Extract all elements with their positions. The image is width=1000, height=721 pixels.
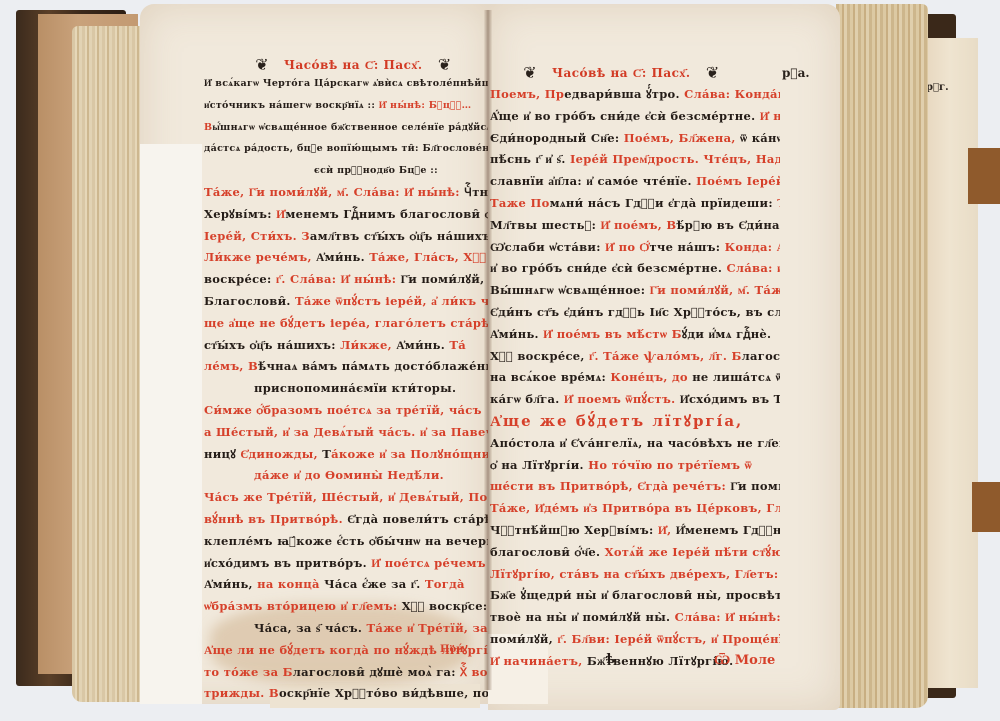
rubric-text: Сла́ва: и҆ ны́нѣ: Бо:: [726, 261, 780, 275]
body-text: Чⷭ҇тнѣ́йшꙋю Херꙋві́мъ:: [490, 523, 658, 537]
body-text: лагословлю̀ Гдⷭ҇а: [742, 349, 780, 363]
body-text: амл҃твъ ст҃ы́хъ ѻ҆ц҃ъ на́шихъ: [310, 229, 488, 243]
rubric-text: И҆ пое́мъ,: [601, 218, 667, 232]
floral-ornament-icon: ❦: [701, 64, 725, 82]
body-text: поми́лꙋй,: [490, 632, 557, 646]
body-text: менемъ Гдⷭ҇нимъ благослови̑ ѻ҆́ч…: [285, 207, 488, 221]
text-line: Єди́нородный Сн҃е: Пое́мъ, Бл҃жена, ѿ ка…: [490, 128, 780, 150]
rubric-text: Та́же, Гла́съ,: [369, 250, 463, 264]
text-line: єсѝ прⷭ҇нодв҃о Бцⷣе ::: [204, 160, 488, 182]
text-line: Та́же, Г҃и поми́лꙋй, м҃. Сла́ва: И҆ ны́н…: [204, 182, 488, 204]
body-text: Г҃и поми́лꙋй,: [730, 479, 780, 493]
body-text: ы҆́шнѧгѡ ѡ҆свѧще́нное бж҃ственное селе́н…: [212, 122, 488, 133]
floral-ornament-icon: ❦: [433, 56, 457, 74]
body-text: ст҃ы́хъ ѻ҆ц҃ъ на́шихъ:: [204, 338, 340, 352]
rubric-text: г҃. Сла́ва: И҆ ны́нѣ:: [276, 272, 401, 286]
rubric-text: И҆ поемъ ѿпꙋ́стъ.: [564, 392, 680, 406]
body-text: И҆схо́димъ въ Тра́пезꙋ.: [680, 392, 780, 406]
rubric-text: Б: [731, 349, 741, 363]
rubric-text: Є҆гда̀ рече́тъ:: [637, 479, 730, 493]
rubric-text: Та́же: [755, 283, 781, 297]
rubric-text: Пр: [545, 87, 565, 101]
rubric-text: В: [269, 686, 279, 700]
rubric-text: трижды.: [204, 686, 269, 700]
catchword: Ѿ Моле: [714, 652, 775, 668]
rubric-text: А҆ще же бꙋ́детъ лїтꙋргі́а,: [490, 412, 743, 430]
text-line: ле́мъ, Вѣ́чнаѧ ва́мъ па́мѧть досто́блаже…: [204, 356, 488, 378]
body-text: ѣ́рꙋю въ Є҆ди́наго Бг҃а.: [676, 218, 780, 232]
body-text: И҆ всѧ́кагѡ Черто́га Ца́рскагѡ ѧ҆вѝсѧ св…: [204, 78, 488, 89]
rubric-text: ста́въ на ст҃ы́хъ две́рехъ, Гл҃етъ:: [559, 567, 778, 581]
body-text: едвари́вша ꙋ҆́тро.: [564, 87, 684, 101]
body-text: Є҆гда̀ повели́тъ ста́рѣй,: [347, 512, 488, 526]
text-line: Іере́й, Сти́хъ. Замл҃твъ ст҃ы́хъ ѻ҆ц҃ъ н…: [204, 226, 488, 248]
rubric-text: И҆ ны́нѣ:: [760, 109, 780, 123]
rubric-text: Лїтꙋргі́ю,: [490, 567, 559, 581]
section-heading: А҆ще же бꙋ́детъ лїтꙋргі́а,: [490, 411, 780, 433]
rubric-text: а Ше́стый, и҆ за Девѧ́тый ча́съ. и҆ за П…: [204, 425, 488, 439]
body-text: И҆́менемъ Гдⷭ҇нимъ: [676, 523, 780, 537]
body-text: и҆сто́чникъ на́шегѡ воскр҃нїѧ ::: [204, 100, 379, 111]
rubric-text: Іере́й Прем҃дрость.: [570, 152, 703, 166]
body-text: на всѧ́кое вре́мѧ:: [490, 370, 610, 384]
text-line: приснопомина́ємїи кти́торы.: [204, 378, 488, 400]
text-line: Лїтꙋргі́ю, ста́въ на ст҃ы́хъ две́рехъ, Г…: [490, 564, 780, 586]
rubric-text: Ча́съ же Тре́тїй, Ше́стый, и҆ Девѧ́тый, …: [204, 490, 488, 504]
body-text: ка́гѡ бл҃га.: [490, 392, 564, 406]
floral-ornament-icon: ❦: [250, 56, 274, 74]
rubric-text: ѡ҆бра́змъ вто́рицею и҆ гл҃емъ:: [204, 599, 402, 613]
rubric-text: Іере́й ѿпꙋ́стъ, и҆ Проще́нїе.: [614, 632, 780, 646]
rubric-text: г҃. Бл҃ви:: [557, 632, 614, 646]
body-text: Апо́стола и҆ Є҆ѵа́нгелїѧ, на часо́вѣхъ н…: [490, 436, 780, 450]
body-text: А҆ми́нь.: [316, 250, 369, 264]
left-page: ❦ Часо́вѣ на С҃: Пасх҃. ❦ И҆ всѧ́кагѡ Че…: [140, 4, 488, 704]
text-line: воскре́се: г҃. Сла́ва: И҆ ны́нѣ: Г҃и пом…: [204, 269, 488, 291]
text-line: клепле́мъ ꙗ҆́коже є҆́сть ѻ҆бы́чнѡ на веч…: [204, 531, 488, 553]
body-text: и҆ во гро́бъ сни́де є҆сѝ безсме́ртне.: [490, 261, 726, 275]
text-line: поми́лꙋй, г҃. Бл҃ви: Іере́й ѿпꙋ́стъ, и҆ …: [490, 629, 780, 651]
text-line: Херꙋві́мъ: И҆менемъ Гдⷭ҇нимъ благослови̑…: [204, 204, 488, 226]
rubric-text: м҃.: [738, 283, 755, 297]
body-text: благослови̑ ѻ҆́ч҃е.: [490, 545, 605, 559]
signature-mark: ѣ: [606, 652, 615, 667]
text-line: то то́же за Благослови̑ дꙋшѐ моѧ̀ га: Хⷭ…: [204, 662, 488, 684]
body-text: А҆ми́нь,: [204, 577, 257, 591]
body-text: да́стсѧ ра́дость, бцⷣе вопїю́щымъ ти̑: Б…: [204, 143, 488, 154]
rubric-text: Конда: А҆́ще: [725, 240, 780, 254]
rubric-text: а́коже и҆ за Полꙋно́щницꙋ,: [331, 447, 488, 461]
rubric-text: В: [666, 218, 676, 232]
folio-number: рⷤа.: [782, 66, 810, 80]
text-line: Є҆ди́нъ ст҃ъ є҆ди́нъ гдⷭ҇ь Іи҃с Хрⷭ҇то́с…: [490, 302, 780, 324]
body-text: клепле́мъ ꙗ҆́коже є҆́сть ѻ҆бы́чнѡ на веч…: [204, 534, 488, 548]
body-text: Є҆ди́нъ ст҃ъ є҆ди́нъ гдⷭ҇ь Іи҃с Хрⷭ҇то́с…: [490, 305, 780, 319]
rubric-text: Б: [672, 327, 682, 341]
rubric-text: Хⷭ҇: [463, 250, 486, 264]
rubric-text: Си́мже ѻ҆́бразомъ пое́тсѧ за тре́тїй, ча…: [204, 403, 482, 417]
body-text: Хⷭ҇ воскре́се,: [490, 349, 589, 363]
rubric-text: ще а҆ще не бꙋ́детъ іере́а, глаго́летъ ст…: [204, 316, 488, 330]
text-line: А҆́ще и҆ во гро́бъ сни́де є҆сѝ безсме́рт…: [490, 106, 780, 128]
text-line: Вы҆́шнѧгѡ ѡ҆свѧще́нное бж҃ственное селе́…: [204, 117, 488, 139]
rubric-text: ле́мъ,: [204, 359, 248, 373]
text-line: ѻ҆ на Лїтꙋргі́и. Но то́чїю по тре́тїемъ …: [490, 455, 780, 477]
text-line: ше́сти въ Притво́рѣ, Є҆гда̀ рече́тъ: Г҃и…: [490, 476, 780, 498]
clasp-strap-top: [968, 148, 1000, 204]
body-text: га:: [436, 665, 460, 679]
rubric-text: то то́же за: [204, 665, 283, 679]
text-line: Мл҃твы шестьⷡ: И҆ пое́мъ, Вѣ́рꙋю въ Є҆ди…: [490, 215, 780, 237]
rubric-text: Ли́кже,: [340, 338, 396, 352]
body-text: Ѡ҆слаби ѡ҆ста́ви:: [490, 240, 605, 254]
body-text: ницꙋ: [204, 447, 240, 461]
text-line: ст҃ы́хъ ѻ҆ц҃ъ на́шихъ: Ли́кже, А҆ми́нь. …: [204, 335, 488, 357]
text-line: твоѐ на ны̀ и҆ поми́лꙋй ны̀. Сла́ва: И҆ …: [490, 607, 780, 629]
text-line: да́же и҆ до Ѳомины̀ Недѣ́ли.: [204, 465, 488, 487]
rubric-text: да́же и҆ до Ѳомины̀ Недѣ́ли.: [254, 468, 444, 482]
running-header: ❦ Часо́вѣ на С҃: Пасх҃. ❦: [250, 56, 457, 74]
edge-annotation: рⷤг.: [926, 82, 949, 93]
text-line: И҆ всѧ́кагѡ Черто́га Ца́рскагѡ ѧ҆вѝсѧ св…: [204, 73, 488, 95]
rubric-text: Сла́ва: И҆ ны́нѣ:: [354, 185, 465, 199]
right-page: ❦ Часо́вѣ на С҃: Пасх҃. ❦ рⷤа. Поемъ, Пр…: [488, 4, 840, 710]
body-text: ѻ҆ на Лїтꙋргі́и.: [490, 458, 588, 472]
text-line: ще а҆ще не бꙋ́детъ іере́а, глаго́летъ ст…: [204, 313, 488, 335]
rubric-text: Тогда̀: [425, 577, 465, 591]
rubric-text: И҆ пое́мъ въ мѣ́стѡ: [543, 327, 671, 341]
header-title: Часо́вѣ на С҃: Пасх҃.: [284, 58, 423, 73]
text-line: Ли́кже рече́мъ, А҆ми́нь. Та́же, Гла́съ, …: [204, 247, 488, 269]
rubric-text: Ли́кже рече́мъ,: [204, 250, 316, 264]
text-line: а Ше́стый, и҆ за Девѧ́тый ча́съ. и҆ за П…: [204, 422, 488, 444]
text-line: трижды. Воскр҃нїе Хрⷭ҇то́во ви́дѣвше, по…: [204, 683, 488, 705]
text-line: Ѡ҆слаби ѡ҆ста́ви: И҆ по Ѻ҆́тче на́шъ: Ко…: [490, 237, 780, 259]
left-page-text: И҆ всѧ́кагѡ Черто́га Ца́рскагѡ ѧ҆вѝсѧ св…: [204, 73, 488, 705]
text-line: Бж҃е ꙋ҆щедри́ ны̀ и҆ благослови̑ ны̀, пр…: [490, 585, 780, 607]
text-line: ѡ҆бра́змъ вто́рицею и҆ гл҃емъ: Хⷭ҇ воскр…: [204, 596, 488, 618]
rubric-text: И҆,: [658, 523, 676, 537]
text-line: благослови̑ ѻ҆́ч҃е. Хотѧ́й же Іере́й пѣ́…: [490, 542, 780, 564]
body-text: А҆ми́нь.: [396, 338, 449, 352]
text-line: и҆схо́димъ въ притво́ръ. И҆ пое́тсѧ ре́ч…: [204, 553, 488, 575]
rubric-text: Но то́чїю по тре́тїемъ ѿ: [588, 458, 752, 472]
body-text: оскр҃нїе Хрⷭ҇то́во ви́дѣвше, поклони́мсѧ…: [279, 686, 488, 700]
rubric-text: Г҃и поми́лꙋй,: [650, 283, 738, 297]
running-header: ❦ Часо́вѣ на С҃: Пасх҃. ❦: [518, 64, 725, 82]
body-text: тче на́шъ:: [649, 240, 724, 254]
text-line: на всѧ́кое вре́мѧ: Коне́цъ, до не лиша́т…: [490, 367, 780, 389]
text-line: А҆ми́нь. И҆ пое́мъ въ мѣ́стѡ Бꙋ́ди и҆́мѧ…: [490, 324, 780, 346]
body-text: А҆́ще и҆ во гро́бъ сни́де є҆сѝ безсме́рт…: [490, 109, 760, 123]
body-text: Єди́нородный Сн҃е:: [490, 131, 624, 145]
body-text: мѧни́ на́съ Гдⷭ҇и є҆гда̀ прїидеши:: [550, 196, 778, 210]
body-text: пѣ́снь г҃ и҆ ѕ҃.: [490, 152, 570, 166]
right-endpaper: рⷤг.: [922, 38, 978, 688]
body-text: Ча́са є҆́же за г҃.: [324, 577, 425, 591]
body-text: ѣ́чнаѧ ва́мъ па́мѧть досто́блаже́ннїи: [258, 359, 488, 373]
text-line: ницꙋ Є҆диножды, Та́коже и҆ за Полꙋно́щни…: [204, 444, 488, 466]
clasp-strap-bottom: [972, 482, 1000, 532]
rubric-text: Ѻ҆́: [640, 240, 650, 254]
rubric-text: Сла́ва: И҆ ны́нѣ:: [675, 610, 780, 624]
rubric-text: Та́: [449, 338, 466, 352]
rubric-text: И҆ пое́тсѧ ре́чемъ За мл҃тв:: [371, 556, 488, 570]
body-text: ѿ ка́нѡна,: [740, 131, 780, 145]
paper-repair-patch: [140, 144, 202, 704]
rubric-text: ше́сти въ Притво́рѣ,: [490, 479, 637, 493]
text-line: Хⷭ҇ воскре́се, г҃. Та́же ѱало́мъ, л҃г. Б…: [490, 346, 780, 368]
rubric-text: Є҆диножды,: [240, 447, 322, 461]
rubric-text: г҃. Та́же ѱало́мъ, л҃г.: [589, 349, 731, 363]
rubric-text: Хотѧ́й же Іере́й пѣ́ти ст҃ꙋ́ю: [605, 545, 780, 559]
rubric-text: И҆ по: [605, 240, 640, 254]
rubric-text: Та́же и҆ Тре́тїй, за ѕ҃.: [367, 621, 489, 635]
text-line: ка́гѡ бл҃га. И҆ поемъ ѿпꙋ́стъ. И҆схо́дим…: [490, 389, 780, 411]
body-text: Херꙋві́мъ:: [204, 207, 276, 221]
text-line: Чⷭ҇тнѣ́йшꙋю Херꙋві́мъ: И҆, И҆́менемъ Гдⷭ…: [490, 520, 780, 542]
body-text: славнїи а҆п҃ла:: [490, 174, 586, 188]
text-line: и҆сто́чникъ на́шегѡ воскр҃нїѧ :: И҆ ны́н…: [204, 95, 488, 117]
body-text: ꙋ́ди и҆́мѧ гдⷭ҇нѐ.: [682, 327, 772, 341]
text-line: А҆ми́нь, на конца̀ Ча́са є҆́же за г҃. То…: [204, 574, 488, 596]
left-page-block-edge: [72, 26, 148, 702]
text-line: Таже Помѧни́ на́съ Гдⷭ҇и є҆гда̀ прїидеши…: [490, 193, 780, 215]
body-text: Бж҃е ꙋ҆щедри́ ны̀ и҆ благослови̑ ны̀, пр…: [490, 588, 780, 602]
rubric-text: Пое́мъ, Бл҃жена,: [624, 131, 740, 145]
catchword: Пои́: [440, 644, 464, 655]
body-text: Мл҃твы шестьⷡ:: [490, 218, 601, 232]
right-page-text: Поемъ, Предвари́вша ꙋ҆́тро. Сла́ва: Конд…: [490, 84, 780, 673]
rubric-text: на конца̀: [257, 577, 324, 591]
rubric-text: Та́же ѿпꙋ́стъ іере́й, а҆ ли́къ ча́съ: [295, 294, 488, 308]
body-text: твоѐ на ны̀ и҆ поми́лꙋй ны̀.: [490, 610, 675, 624]
rubric-text: Коне́цъ, до: [610, 370, 692, 384]
rubric-text: Б: [283, 665, 293, 679]
body-text: А҆ми́нь.: [490, 327, 543, 341]
body-text: и҆схо́димъ въ притво́ръ.: [204, 556, 371, 570]
text-line: Вы́шнѧгѡ ѡ҆свѧще́нное: Г҃и поми́лꙋй, м҃.…: [490, 280, 780, 302]
text-line: Апо́стола и҆ Є҆ѵа́нгелїѧ, на часо́вѣхъ н…: [490, 433, 780, 455]
rubric-text: Поемъ,: [490, 87, 545, 101]
text-line: славнїи а҆п҃ла: и҆ само́е чте́нїе. Пое́м…: [490, 171, 780, 193]
body-text: не лиша́тсѧ ѿ всѧ́: [692, 370, 780, 384]
rubric-text: Та́же, И҆де́мъ и҆з Притво́ра въ Це́рковъ…: [490, 501, 780, 515]
text-line: Ча́са, за ѕ҃ ча́съ. Та́же и҆ Тре́тїй, за…: [204, 618, 488, 640]
rubric-text: Таже: [490, 196, 530, 210]
text-line: Поемъ, Предвари́вша ꙋ҆́тро. Сла́ва: Конд…: [490, 84, 780, 106]
rubric-text: м҃.: [337, 185, 354, 199]
body-text: Вы́шнѧгѡ ѡ҆свѧще́нное:: [490, 283, 650, 297]
body-text: Ча́са, за ѕ҃ ча́съ.: [254, 621, 367, 635]
body-text: воскре́се:: [204, 272, 276, 286]
body-text: и҆ само́е чте́нїе.: [586, 174, 696, 188]
text-line: да́стсѧ ра́дость, бцⷣе вопїю́щымъ ти̑: Б…: [204, 138, 488, 160]
text-line: Благослови̑. Та́же ѿпꙋ́стъ іере́й, а҆ ли…: [204, 291, 488, 313]
body-text: Т: [322, 447, 331, 461]
floral-ornament-icon: ❦: [518, 64, 542, 82]
rubric-text: И҆ ны́нѣ: Бⷣцⷭ҇…: [379, 100, 472, 111]
rubric-text: В: [248, 359, 258, 373]
body-text: приснопомина́ємїи кти́торы.: [254, 381, 456, 395]
rubric-text: Та́же, Г҃и поми́лꙋй,: [204, 185, 337, 199]
rubric-text: З: [301, 229, 310, 243]
body-text: Г҃и поми́лꙋй,: [401, 272, 485, 286]
rubric-text: И҆: [276, 207, 285, 221]
book-gutter: [484, 10, 492, 690]
text-line: Ча́съ же Тре́тїй, Ше́стый, и҆ Девѧ́тый, …: [204, 487, 488, 509]
text-line: Та́же, И҆де́мъ и҆з Притво́ра въ Це́рковъ…: [490, 498, 780, 520]
body-text: єсѝ прⷭ҇нодв҃о Бцⷣе ::: [314, 165, 438, 176]
body-text: Благослови̑.: [204, 294, 295, 308]
text-line: пѣ́снь г҃ и҆ ѕ҃. Іере́й Прем҃дрость. Чте…: [490, 149, 780, 171]
rubric-text: Пое́мъ Іере́й Є҆ѵа́г: [696, 174, 780, 188]
rubric-text: Та́же,: [777, 196, 780, 210]
text-line: Си́мже ѻ҆́бразомъ пое́тсѧ за тре́тїй, ча…: [204, 400, 488, 422]
body-text: лагослови̑ дꙋшѐ моѧ̀: [293, 665, 436, 679]
text-line: вꙋ́ннѣ въ Притво́рѣ. Є҆гда̀ повели́тъ ст…: [204, 509, 488, 531]
rubric-text: И҆ начина́етъ,: [490, 654, 587, 668]
rubric-text: вꙋ́ннѣ въ Притво́рѣ.: [204, 512, 347, 526]
rubric-text: Чте́цъ, Над: [703, 152, 780, 166]
body-text: Хⷭ҇ воскр҃се:: [402, 599, 488, 613]
rubric-text: По: [530, 196, 549, 210]
rubric-text: Сла́ва: Конда́къ.: [684, 87, 780, 101]
text-line: и҆ во гро́бъ сни́де є҆сѝ безсме́ртне. Сл…: [490, 258, 780, 280]
header-title: Часо́вѣ на С҃: Пасх҃.: [552, 66, 691, 81]
rubric-text: Іере́й, Сти́хъ.: [204, 229, 301, 243]
right-page-block-edge: [836, 4, 928, 708]
